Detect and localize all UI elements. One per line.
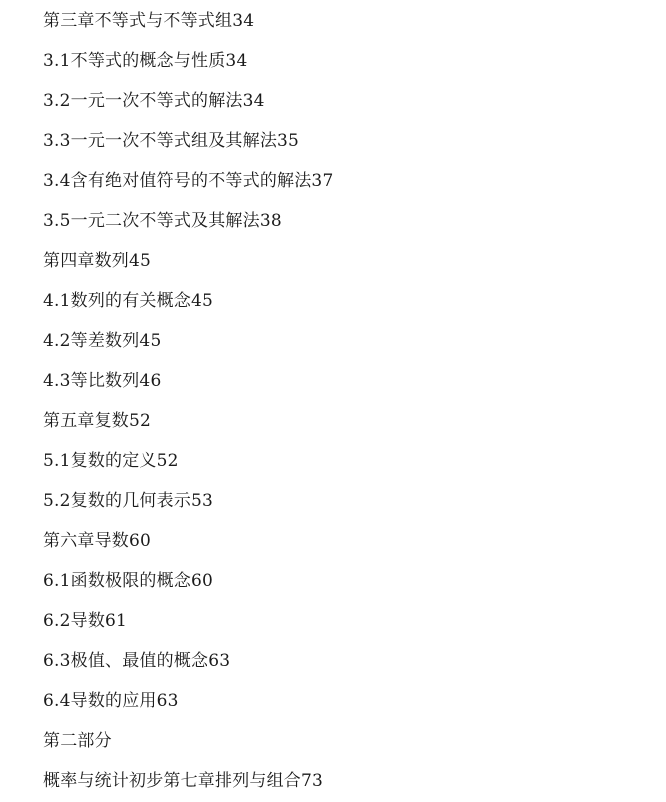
toc-chapter-heading: 概率与统计初步第七章排列与组合73 [43, 768, 333, 802]
toc-section-entry: 6.4导数的应用63 [43, 688, 333, 728]
toc-section-entry: 3.3一元一次不等式组及其解法35 [43, 128, 333, 168]
toc-chapter-heading: 第六章导数60 [43, 528, 333, 568]
toc-section-entry: 6.2导数61 [43, 608, 333, 648]
toc-section-entry: 5.2复数的几何表示53 [43, 488, 333, 528]
toc-section-entry: 5.1复数的定义52 [43, 448, 333, 488]
table-of-contents: 第三章不等式与不等式组34 3.1不等式的概念与性质34 3.2一元一次不等式的… [43, 8, 333, 802]
toc-section-entry: 3.5一元二次不等式及其解法38 [43, 208, 333, 248]
toc-section-entry: 4.2等差数列45 [43, 328, 333, 368]
toc-section-entry: 3.1不等式的概念与性质34 [43, 48, 333, 88]
toc-section-entry: 6.1函数极限的概念60 [43, 568, 333, 608]
toc-section-entry: 4.1数列的有关概念45 [43, 288, 333, 328]
toc-section-entry: 3.4含有绝对值符号的不等式的解法37 [43, 168, 333, 208]
toc-section-entry: 6.3极值、最值的概念63 [43, 648, 333, 688]
toc-section-entry: 3.2一元一次不等式的解法34 [43, 88, 333, 128]
toc-chapter-heading: 第四章数列45 [43, 248, 333, 288]
toc-chapter-heading: 第三章不等式与不等式组34 [43, 8, 333, 48]
toc-part-heading: 第二部分 [43, 728, 333, 768]
toc-chapter-heading: 第五章复数52 [43, 408, 333, 448]
toc-section-entry: 4.3等比数列46 [43, 368, 333, 408]
